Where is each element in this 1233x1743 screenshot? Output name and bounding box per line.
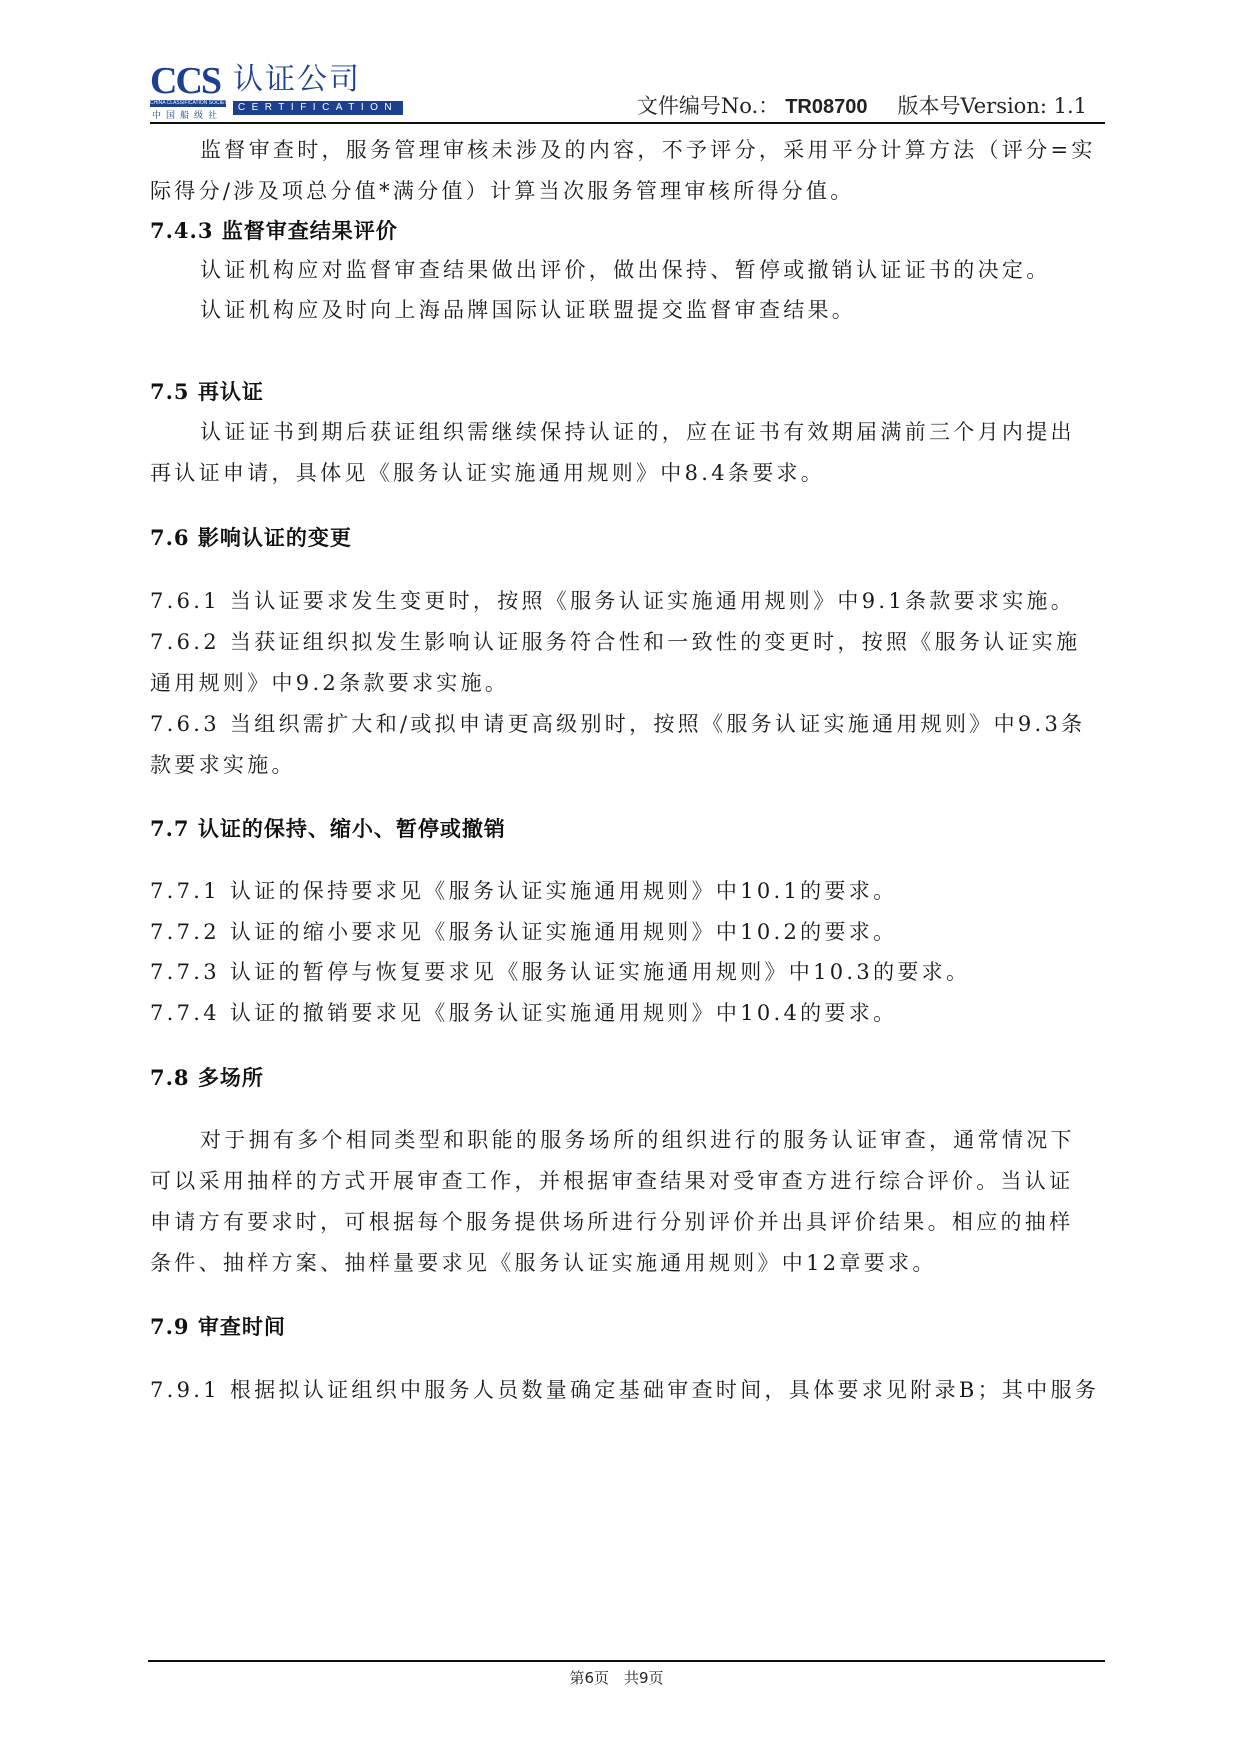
paragraph: 7.6.3 当组织需扩大和/或拟申请更高级别时，按照《服务认证实施通用规则》中9… [150,702,1105,747]
paragraph: 7.7.4 认证的撤销要求见《服务认证实施通用规则》中10.4的要求。 [150,991,1105,1036]
section-heading-7-6: 7.6 影响认证的变更 [150,515,1105,560]
paragraph: 7.6.2 当获证组织拟发生影响认证服务符合性和一致性的变更时，按照《服务认证实… [150,620,1105,665]
section-heading-7-8: 7.8 多场所 [150,1055,1105,1100]
page-header: CCS CHINA CLASSIFICATION SOCIETY 中国船级社 认… [150,58,1105,122]
paragraph: 7.9.1 根据拟认证组织中服务人员数量确定基础审查时间，具体要求见附录B；其中… [150,1368,1105,1413]
section-heading-7-7: 7.7 认证的保持、缩小、暂停或撤销 [150,806,1105,851]
paragraph: 认证机构应对监督审查结果做出评价，做出保持、暂停或撤销认证证书的决定。 [150,248,1105,293]
header-divider [150,122,1105,124]
paragraph: 申请方有要求时，可根据每个服务提供场所进行分别评价并出具评价结果。相应的抽样 [150,1200,1105,1245]
footer-divider [148,1660,1105,1662]
paragraph: 7.6.1 当认证要求发生变更时，按照《服务认证实施通用规则》中9.1条款要求实… [150,579,1105,624]
doc-no-label: 文件编号No.： [637,94,779,118]
section-heading-7-5: 7.5 再认证 [150,369,1105,414]
paragraph: 条件、抽样方案、抽样量要求见《服务认证实施通用规则》中12章要求。 [150,1241,1105,1286]
doc-no-value: TR08700 [785,96,867,118]
section-heading-7-4-3: 7.4.3 监督审查结果评价 [150,208,1105,253]
paragraph: 通用规则》中9.2条款要求实施。 [150,661,1105,706]
page-number: 第6页 共9页 [0,1667,1233,1688]
logo-certification-bar: CERTIFICATION [233,101,403,115]
paragraph: 款要求实施。 [150,743,1105,788]
paragraph: 监督审查时，服务管理审核未涉及的内容，不予评分，采用平分计算方法（评分=实 [150,128,1105,173]
logo-society-en: CHINA CLASSIFICATION SOCIETY [150,100,226,107]
paragraph: 对于拥有多个相同类型和职能的服务场所的组织进行的服务认证审查，通常情况下 [150,1118,1105,1163]
logo-ccs-mark: CCS [150,62,220,100]
document-meta: 文件编号No.：TR08700版本号Version: 1.1 [637,90,1087,120]
version-label: 版本号Version: 1.1 [897,94,1087,118]
paragraph: 7.7.3 认证的暂停与恢复要求见《服务认证实施通用规则》中10.3的要求。 [150,950,1105,995]
section-heading-7-9: 7.9 审查时间 [150,1304,1105,1349]
paragraph: 7.7.2 认证的缩小要求见《服务认证实施通用规则》中10.2的要求。 [150,910,1105,955]
logo-society-cn: 中国船级社 [152,108,222,121]
ccs-certification-logo: CCS CHINA CLASSIFICATION SOCIETY 中国船级社 认… [150,58,410,118]
paragraph: 认证证书到期后获证组织需继续保持认证的，应在证书有效期届满前三个月内提出 [150,410,1105,455]
paragraph: 认证机构应及时向上海品牌国际认证联盟提交监督审查结果。 [150,288,1105,333]
paragraph: 再认证申请，具体见《服务认证实施通用规则》中8.4条要求。 [150,451,1105,496]
paragraph: 可以采用抽样的方式开展审查工作，并根据审查结果对受审查方进行综合评价。当认证 [150,1159,1105,1204]
paragraph: 7.7.1 认证的保持要求见《服务认证实施通用规则》中10.1的要求。 [150,869,1105,914]
logo-company-name: 认证公司 [233,64,361,96]
